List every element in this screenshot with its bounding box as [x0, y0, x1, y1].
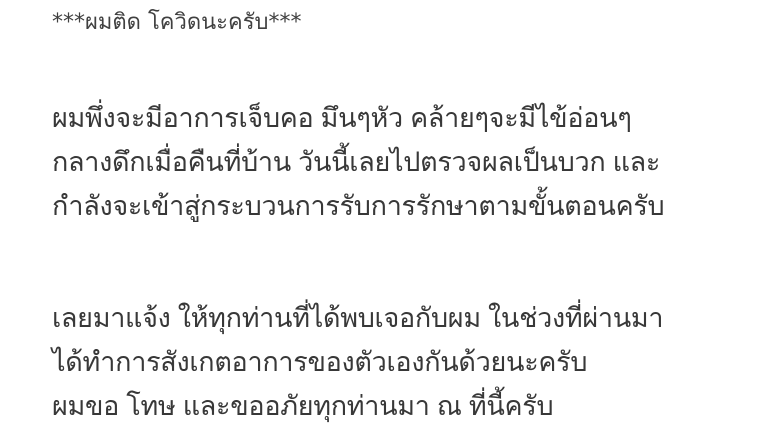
- announcement-title: ***ผมติด โควิดนะครับ***: [52, 6, 302, 40]
- paragraph-symptoms: ผมพึ่งจะมีอาการเจ็บคอ มึนๆหัว คล้ายๆจะมี…: [52, 96, 664, 228]
- paragraph-line: เลยมาแจ้ง ให้ทุกท่านที่ได้พบเจอกับผม ในช…: [52, 296, 663, 340]
- paragraph-line: ผมพึ่งจะมีอาการเจ็บคอ มึนๆหัว คล้ายๆจะมี…: [52, 96, 664, 140]
- paragraph-line: กำลังจะเข้าสู่กระบวนการรับการรักษาตามขั้…: [52, 184, 664, 228]
- paragraph-line: ผมขอ โทษ และขออภัยทุกท่านมา ณ ที่นี้ครับ: [52, 384, 663, 428]
- paragraph-notice: เลยมาแจ้ง ให้ทุกท่านที่ได้พบเจอกับผม ในช…: [52, 296, 663, 428]
- paragraph-line: ได้ทำการสังเกตอาการของตัวเองกันด้วยนะครั…: [52, 340, 663, 384]
- paragraph-line: กลางดึกเมื่อคืนที่บ้าน วันนี้เลยไปตรวจผล…: [52, 140, 664, 184]
